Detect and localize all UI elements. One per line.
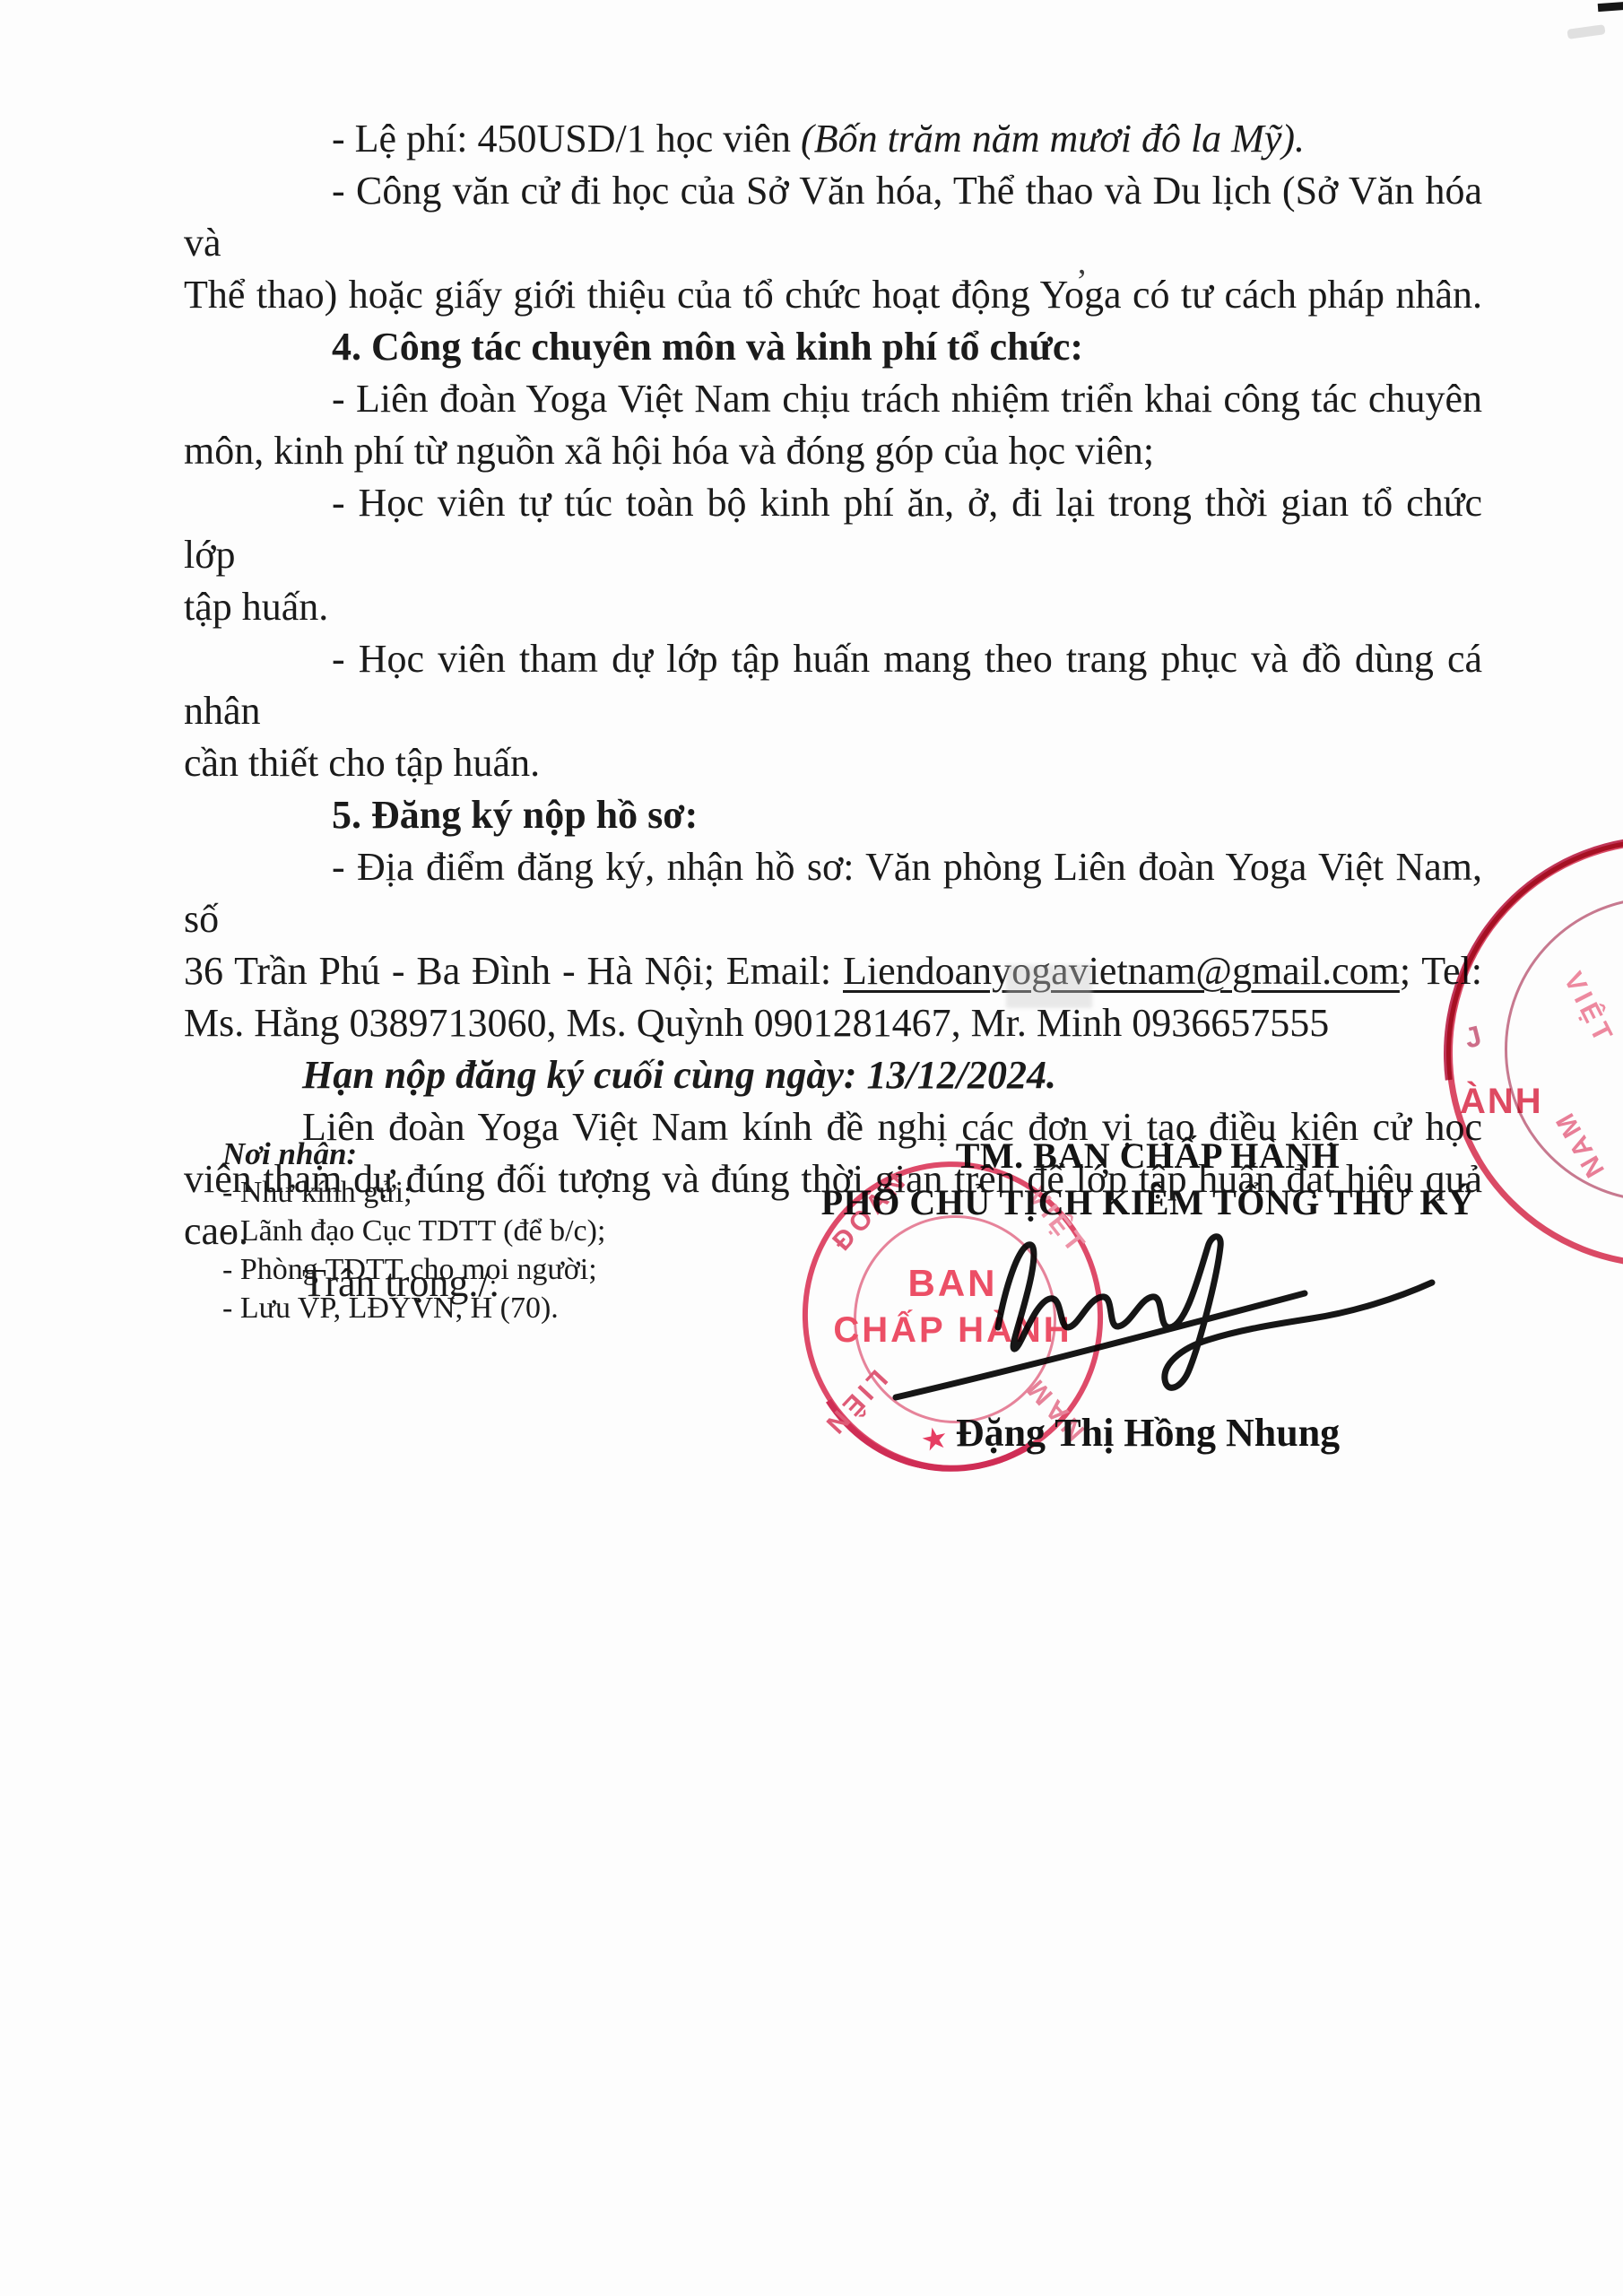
text-line: tập huấn. (184, 581, 1482, 633)
recipients-header: Nơi nhận: (222, 1135, 725, 1173)
scan-artifact-corner-dash (1598, 2, 1623, 12)
recipient-item: - Như kính gửi; (222, 1173, 725, 1212)
scan-artifact-stray-quote: ’ (1076, 262, 1088, 301)
recipient-list: - Như kính gửi;- Lãnh đạo Cục TDTT (để b… (222, 1173, 725, 1327)
text-segment: 5. Đăng ký nộp hồ sơ: (332, 793, 698, 837)
recipient-item: - Lưu VP, LĐYVN, H (70). (222, 1289, 725, 1327)
text-segment: - Học viên tham dự lớp tập huấn mang the… (184, 637, 1482, 733)
recipients-block: Nơi nhận: - Như kính gửi;- Lãnh đạo Cục … (222, 1135, 725, 1327)
text-segment: - Lệ phí: 450USD/1 học viên (332, 117, 801, 161)
text-segment: (Bốn trăm năm mươi đô la Mỹ). (801, 117, 1305, 161)
text-line: - Lệ phí: 450USD/1 học viên (Bốn trăm nă… (184, 113, 1482, 165)
text-line: cần thiết cho tập huấn. (184, 737, 1482, 789)
signature-stroke-letters (998, 1237, 1432, 1388)
scan-artifact-corner-fleck (1567, 24, 1605, 39)
text-segment: - Công văn cử đi học của Sở Văn hóa, Thể… (184, 169, 1482, 265)
text-line: - Học viên tự túc toàn bộ kinh phí ăn, ở… (184, 477, 1482, 581)
text-segment: 36 Trần Phú - Ba Đình - Hà Nội; Email: (184, 949, 843, 993)
text-segment: Ms. Hằng 0389713060, Ms. Quỳnh 090128146… (184, 1001, 1329, 1045)
text-segment: môn, kinh phí từ nguồn xã hội hóa và đón… (184, 429, 1154, 473)
handwritten-signature (883, 1213, 1466, 1428)
text-segment: Thể thao) hoặc giấy giới thiệu của tổ ch… (184, 273, 1482, 317)
text-line: môn, kinh phí từ nguồn xã hội hóa và đón… (184, 425, 1482, 477)
text-line: 4. Công tác chuyên môn và kinh phí tổ ch… (184, 321, 1482, 373)
recipient-item: - Phòng TDTT cho mọi người; (222, 1250, 725, 1289)
text-line: Thể thao) hoặc giấy giới thiệu của tổ ch… (184, 269, 1482, 321)
scan-artifact-smudge (1006, 965, 1092, 1008)
text-segment: - Học viên tự túc toàn bộ kinh phí ăn, ở… (184, 481, 1482, 577)
signer-name: Đặng Thị Hồng Nhung (789, 1410, 1506, 1456)
edge-stamp-word-anh: ÀNH (1460, 1082, 1543, 1122)
text-line: 36 Trần Phú - Ba Đình - Hà Nội; Email: L… (184, 945, 1482, 997)
text-segment: - Liên đoàn Yoga Việt Nam chịu trách nhi… (332, 377, 1482, 421)
text-segment: - Địa điểm đăng ký, nhận hồ sơ: Văn phòn… (184, 845, 1482, 941)
recipient-item: - Lãnh đạo Cục TDTT (để b/c); (222, 1212, 725, 1250)
text-segment: 4. Công tác chuyên môn và kinh phí tổ ch… (332, 325, 1083, 369)
text-line: - Công văn cử đi học của Sở Văn hóa, Thể… (184, 165, 1482, 269)
text-line: Hạn nộp đăng ký cuối cùng ngày: 13/12/20… (184, 1049, 1482, 1101)
text-line: - Học viên tham dự lớp tập huấn mang the… (184, 633, 1482, 737)
text-line: Ms. Hằng 0389713060, Ms. Quỳnh 090128146… (184, 997, 1482, 1049)
signature-stroke-underline (896, 1293, 1305, 1397)
document-page: - Lệ phí: 450USD/1 học viên (Bốn trăm nă… (0, 0, 1623, 2296)
text-segment: tập huấn. (184, 585, 328, 629)
body-text: - Lệ phí: 450USD/1 học viên (Bốn trăm nă… (184, 113, 1482, 1309)
text-segment: Hạn nộp đăng ký cuối cùng ngày: 13/12/20… (302, 1053, 1056, 1097)
text-line: 5. Đăng ký nộp hồ sơ: (184, 789, 1482, 841)
email-text: Liendoanyogavietnam@gmail.com (843, 949, 1400, 993)
text-line: - Địa điểm đăng ký, nhận hồ sơ: Văn phòn… (184, 841, 1482, 945)
text-segment: cần thiết cho tập huấn. (184, 741, 540, 785)
text-line: - Liên đoàn Yoga Việt Nam chịu trách nhi… (184, 373, 1482, 425)
